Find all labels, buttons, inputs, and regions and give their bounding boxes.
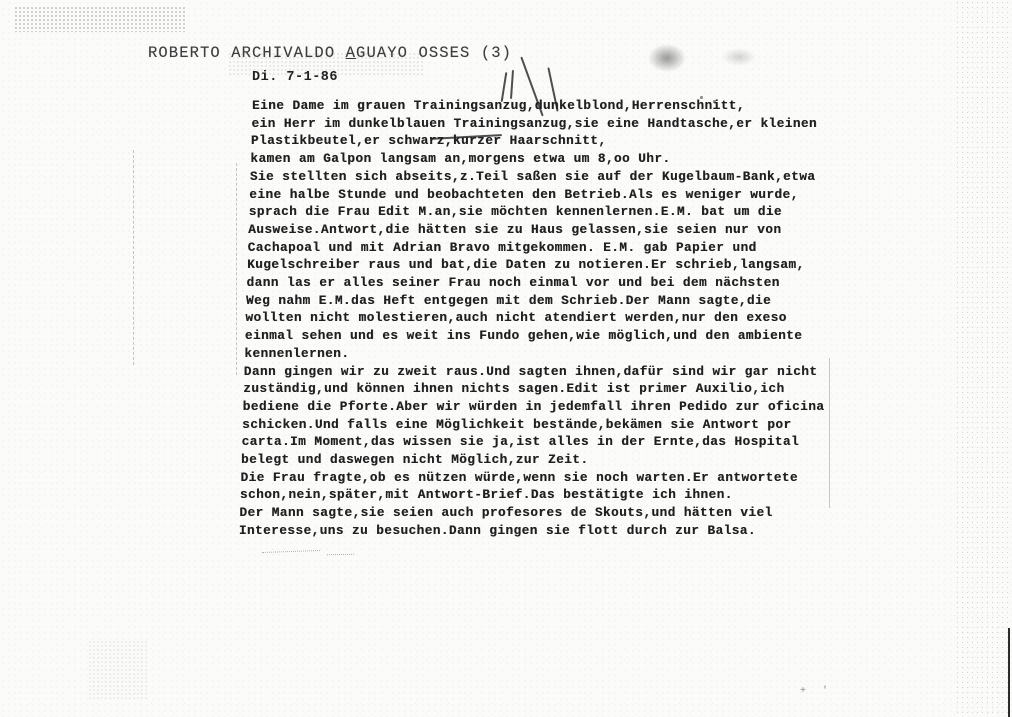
document-body-line: zuständig,und können ihnen nichts sagen.… <box>243 380 892 398</box>
document-body-line: ein Herr im dunkelblauen Trainingsanzug,… <box>251 115 892 133</box>
stray-plus-mark: + <box>800 686 806 697</box>
handwriting-squiggle <box>262 550 320 553</box>
document-body-line: schon,nein,später,mit Antwort-Brief.Das … <box>240 486 892 504</box>
ink-smudge-faint <box>722 48 756 66</box>
document-date: Di. 7-1-86 <box>252 70 338 85</box>
scan-fold-line-margin <box>236 163 237 375</box>
handwriting-squiggle <box>327 554 354 555</box>
scan-fold-line-right <box>829 358 830 508</box>
pen-stroke-mark <box>510 70 514 99</box>
document-body-line: eine halbe Stunde und beobachteten den B… <box>249 186 892 204</box>
scan-noise-patch-bottom-left <box>88 640 148 700</box>
document-body-line: Ausweise.Antwort,die hätten sie zu Haus … <box>248 221 892 239</box>
document-body-line: wollten nicht molestieren,auch nicht ate… <box>245 309 892 327</box>
document-body-line: einmal sehen und es weit ins Fundo gehen… <box>245 327 892 345</box>
document-title-underlined-letter: A <box>346 44 356 62</box>
scan-noise-patch-top-left <box>14 6 186 32</box>
document-body-line: Eine Dame im grauen Trainingsanzug,dunke… <box>252 97 892 115</box>
document-body-line: dann las er alles seiner Frau noch einma… <box>247 274 893 292</box>
stray-tick-mark: ' <box>822 686 828 697</box>
document-body-line: Der Mann sagte,sie seien auch profesores… <box>239 504 892 522</box>
document-body-line: carta.Im Moment,das wissen sie ja,ist al… <box>242 433 892 451</box>
document-body-line: Cachapoal und mit Adrian Bravo mitgekomm… <box>248 239 892 257</box>
document-title-post: GUAYO OSSES (3) <box>356 44 512 62</box>
document-body-line: Die Frau fragte,ob es nützen würde,wenn … <box>240 469 892 487</box>
document-body-line: Dann gingen wir zu zweit raus.Und sagten… <box>244 363 892 381</box>
document-body-line: Weg nahm E.M.das Heft entgegen mit dem S… <box>246 292 892 310</box>
pen-dot-mark <box>713 100 716 103</box>
pen-dot-mark <box>700 96 703 99</box>
document-body-line: sprach die Frau Edit M.an,sie möchten ke… <box>249 203 892 221</box>
document-body-text: Eine Dame im grauen Trainingsanzug,dunke… <box>252 97 892 540</box>
page-edge-line <box>1008 628 1010 717</box>
document-body-line: Plastikbeutel,er schwarz,kurzer Haarschn… <box>251 132 892 150</box>
document-body-line: schicken.Und falls eine Möglichkeit best… <box>242 416 892 434</box>
scanned-document-page: { "colors": { "ink": "#1f1f1f", "paper":… <box>0 0 1012 717</box>
scan-noise-strip-right <box>955 0 1012 717</box>
document-title-pre: ROBERTO ARCHIVALDO <box>148 44 346 62</box>
document-body-line: belegt und daswegen nicht Möglich,zur Ze… <box>241 451 892 469</box>
scan-fold-line-left <box>133 150 134 365</box>
document-body-line: Sie stellten sich abseits,z.Teil saßen s… <box>250 168 892 186</box>
document-body-line: Interesse,uns zu besuchen.Dann gingen si… <box>239 522 892 540</box>
document-body-line: kamen am Galpon langsam an,morgens etwa … <box>250 150 892 168</box>
document-body-line: kennenlernen. <box>244 345 892 363</box>
document-title: ROBERTO ARCHIVALDO AGUAYO OSSES (3) <box>148 44 512 62</box>
document-body-line: Kugelschreiber raus und bat,die Daten zu… <box>247 256 892 274</box>
ink-smudge <box>648 44 686 72</box>
document-body-line: bediene die Pforte.Aber wir würden in je… <box>243 398 892 416</box>
